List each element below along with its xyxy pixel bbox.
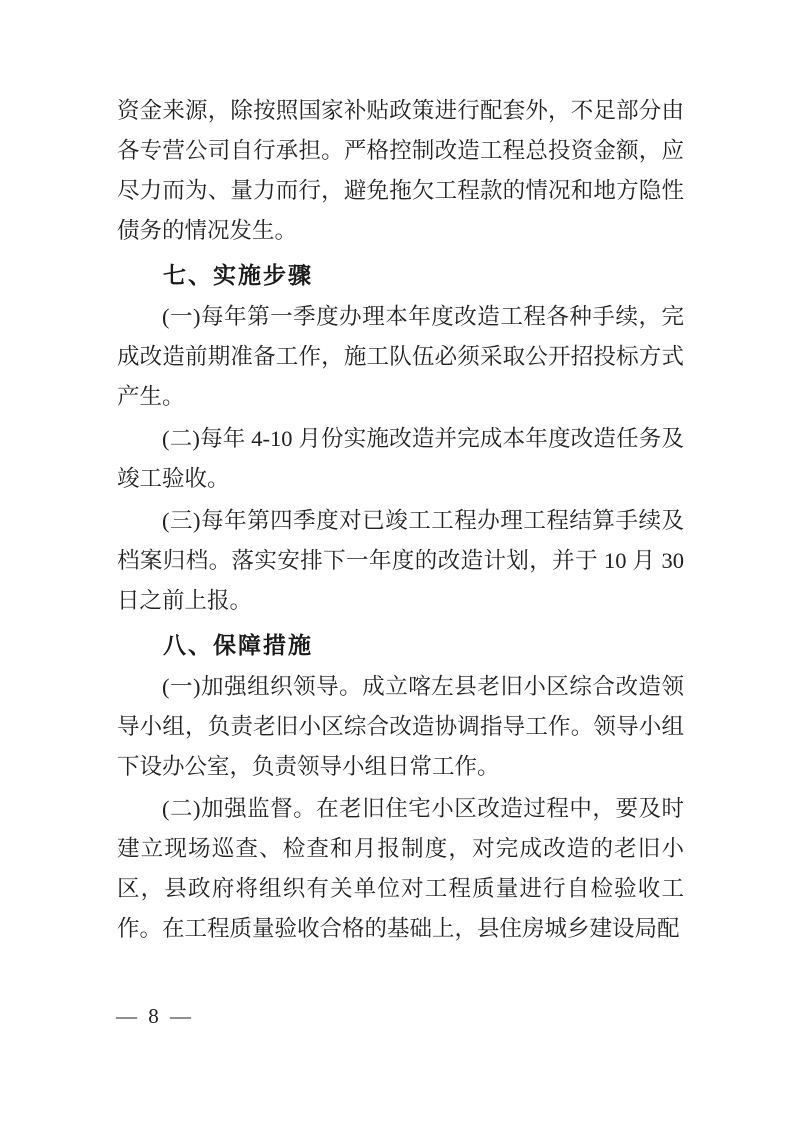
section-heading-7-implementation-steps: 七、实施步骤 [117, 255, 684, 295]
document-body: 资金来源，除按照国家补贴政策进行配套外，不足部分由各专营公司自行承担。严格控制改… [117, 91, 684, 951]
paragraph-step-2-april-october: (二)每年 4-10 月份实施改造并完成本年度改造任务及竣工验收。 [117, 419, 684, 499]
paragraph-measure-2-strengthen-supervision: (二)加强监督。在老旧住宅小区改造过程中，要及时建立现场巡查、检查和月报制度，对… [117, 789, 684, 949]
paragraph-step-3-fourth-quarter: (三)每年第四季度对已竣工工程办理工程结算手续及档案归档。落实安排下一年度的改造… [117, 501, 684, 621]
paragraph-funding-sources-continuation: 资金来源，除按照国家补贴政策进行配套外，不足部分由各专营公司自行承担。严格控制改… [117, 91, 684, 251]
document-page: 资金来源，除按照国家补贴政策进行配套外，不足部分由各专营公司自行承担。严格控制改… [0, 0, 800, 1130]
page-number: — 8 — [116, 1001, 194, 1031]
paragraph-measure-1-organizational-leadership: (一)加强组织领导。成立喀左县老旧小区综合改造领导小组，负责老旧小区综合改造协调… [117, 667, 684, 787]
paragraph-step-1-first-quarter: (一)每年第一季度办理本年度改造工程各种手续，完成改造前期准备工作，施工队伍必须… [117, 297, 684, 417]
section-heading-8-safeguard-measures: 八、保障措施 [117, 625, 684, 665]
